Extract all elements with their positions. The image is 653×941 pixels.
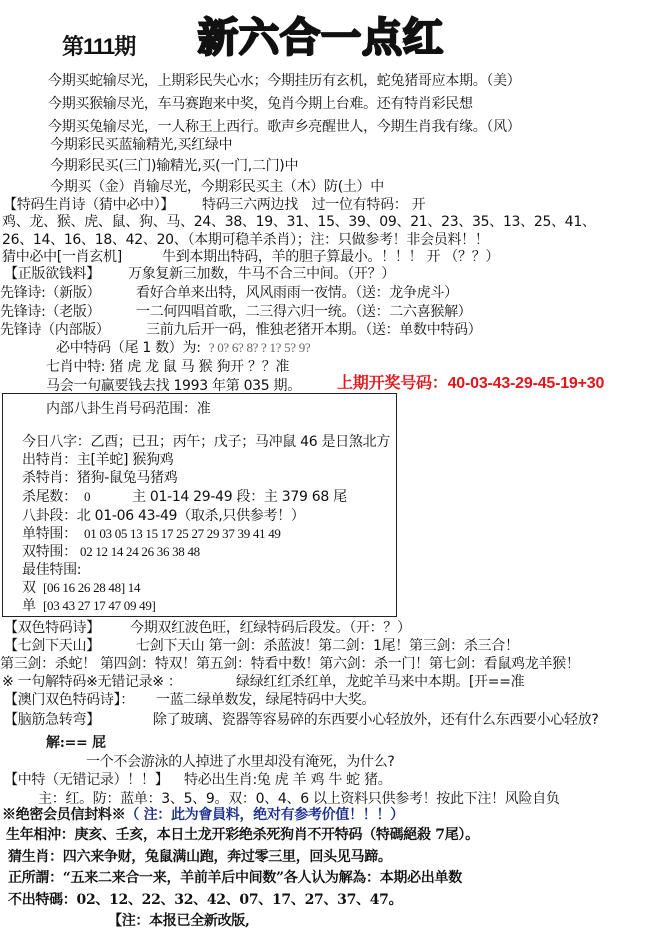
poem-line-3: 今期买兔输尽光，一人称王上西行。歌声乡亮醒世人，今期生肖我有缘。（风） (48, 118, 521, 136)
box-best-label: 最佳特围: (22, 561, 81, 579)
box-kill-tail-main: 主 01-14 29-49 段：主 379 68 尾 (132, 488, 347, 506)
year-clash-line: 生年相沖：庚亥、壬亥，本日土龙开彩绝杀死狗肖不开特码（特碼絕殺 7尾）。 (6, 826, 479, 844)
last-draw-numbers: 40-03-43-29-45-19+30 (448, 375, 605, 392)
box-bazi: 今日八字：乙酉；已丑；丙午；戊子；马冲鼠 46 是日煞北方 (22, 433, 390, 451)
riddle-label: 【脑筋急转弯】 (4, 711, 100, 729)
special-numbers-line-1: 鸡、龙、猴、虎、鼠、狗、马、24、38、19、31、15、39、09、21、23… (2, 213, 596, 231)
last-draw: 上期开奖号码：40-03-43-29-45-19+30 (337, 375, 604, 393)
poem-line-4: 今期彩民买蓝输精光,买红绿中 (50, 136, 232, 154)
box-best-odd-values: [03 43 27 17 47 09 49] (43, 597, 156, 615)
box-kill-tail-label: 杀尾数： (22, 488, 77, 506)
special-numbers-line-2: 26、14、16、18、42、20、（本期可稳羊杀肖）；注：只做参考！非会员料！… (2, 231, 489, 249)
box-kill-tail-value: 0 (84, 488, 90, 506)
riddle-text: 除了玻璃、瓷器等容易碎的东西要小心轻放外，还有什么东西要小心轻放? (153, 711, 599, 729)
poem-line-2: 今期买猴输尽光，车马赛跑来中奖，兔肖今期上台难。还有特肖彩民想 (48, 95, 473, 113)
hit-label: 【中特（无错记录）！！】 (4, 771, 168, 789)
pioneer-old-text: 一二何四唱首歌，二三得六归一统。（送：二六喜猴解） (136, 303, 472, 321)
box-title: 内部八卦生肖号码范围：准 (46, 400, 210, 418)
box-odd-label: 单特围： (22, 525, 77, 543)
issue-number: 第111期 (62, 30, 135, 61)
guess-text: 牛到本期出特码，羊的胆子算最小。！！！ 开 （？？） (162, 248, 499, 266)
box-odd-values: 01 03 05 13 15 17 25 27 29 37 39 41 49 (84, 525, 281, 543)
macau-text: 一蓝二绿单数发，绿尾特码中大奖。 (156, 691, 375, 709)
box-bagua-segment: 八卦段：北 01-06 43-49（取杀,只供参考！） (22, 507, 305, 525)
no-special-line: 不出特碼：02、12、22、32、42、07、17、27、37、47。 (8, 891, 402, 909)
pioneer-new-label: 先锋诗:（新版） (0, 284, 100, 302)
riddle-answer: 解:== 屁 (46, 734, 106, 752)
saying-line: 正所謂：“五来二来合一来，羊前羊后中间数”各人认为解為：本期必出单数 (8, 869, 462, 887)
macau-label: 【澳门双色特码诗】： (4, 691, 134, 709)
member-note: （ 注：此为會員料，绝对有参考价值！！！） (125, 807, 404, 823)
double-color-text: 今期双红波色旺，红绿特码后段发。（开：？） (130, 619, 411, 637)
money-text: 万象复新三加数，牛马不合三中间。（开？） (128, 265, 395, 283)
box-out-zodiac: 出特肖：主[羊蛇] 猴狗鸡 (22, 451, 173, 469)
member-line: ※绝密会员信封料※（ 注：此为會員料，绝对有参考价值！！！） (2, 806, 404, 824)
poem-line-5: 今期彩民买(三门)输精光,买(一门,二门)中 (50, 157, 298, 175)
special-poem-label: 【特码生肖诗（猜中必中）】 (3, 196, 174, 214)
money-label: 【正版欲钱料】 (4, 265, 100, 283)
newspaper-title: 新六合一点红 (198, 14, 444, 62)
footer-note: 【注：本报已全新改版, (108, 912, 250, 930)
double-color-label: 【双色特码诗】 (4, 619, 100, 637)
tail-label: 必中特码（尾 1 数）为: (56, 340, 201, 356)
last-draw-label: 上期开奖号码： (337, 375, 448, 392)
tail-values: ? 0? 6? 8? ? 1? 5? 9? (209, 340, 311, 355)
box-best-even-values: [06 16 26 28 48] 14 (43, 579, 140, 597)
pioneer-old-label: 先锋诗:（老版） (0, 303, 100, 321)
hit-text: 特必出生肖:兔 虎 羊 鸡 牛 蛇 猪。 (184, 771, 391, 789)
pioneer-new-text: 看好合单来出特，风风雨雨一夜情。（送：龙争虎斗） (136, 284, 458, 302)
seven-swords-line-2: 第三剑：杀蛇！ 第四剑：特双！第五剑：特看中数！第六剑：杀一门！第七剑：看鼠鸡龙… (0, 655, 580, 673)
pioneer-internal-text: 三前九后开一码，惟独老猪开本期。（送：单数中特码） (146, 321, 482, 339)
member-label: ※绝密会员信封料※ (2, 807, 125, 823)
guess-zodiac-line: 猜生肖：四六来争财，兔鼠满山跑，奔过零三里，回头见马蹄。 (8, 848, 392, 866)
poem-line-6: 今期买（金）肖输尽光，今期彩民买主（木）防(土）中 (50, 178, 384, 196)
box-best-even-label: 双 (22, 579, 36, 597)
one-sentence-text: 绿绿红红杀红单，龙蛇羊马来中本期。[开==准 (236, 673, 524, 691)
box-best-odd-label: 单 (22, 597, 36, 615)
seven-swords-text: 七剑下天山 第一剑：杀蓝波！第二剑：1尾！第三剑：杀三合！ (136, 637, 519, 655)
riddle-answer-label: 解:== (46, 735, 87, 751)
tail-digit-row: 必中特码（尾 1 数）为: ? 0? 6? 8? ? 1? 5? 9? (56, 339, 310, 357)
box-kill-zodiac: 杀特肖：猪狗-鼠兔马猪鸡 (22, 469, 177, 487)
riddle-answer-value: 屁 (92, 735, 106, 751)
poem-line-1: 今期买蛇输尽光，上期彩民失心水；今期挂历有玄机，蛇兔猪哥应本期。（美） (48, 72, 521, 90)
pioneer-internal-label: 先锋诗（内部版） (0, 321, 110, 339)
seven-swords-label: 【七剑下天山】 (4, 637, 100, 655)
special-poem-text: 特码三六两边找 过一位有特码： 开 (202, 196, 425, 214)
box-even-values: 02 12 14 24 26 36 38 48 (80, 543, 200, 561)
one-sentence-label: ※ 一句解特码※无错记录※ ： (2, 673, 182, 691)
riddle-question-2: 一个不会游泳的人掉进了水里却没有淹死，为什么? (86, 753, 395, 771)
seven-zodiac-line: 七肖中特: 猪 虎 龙 鼠 马 猴 狗开 ？？准 (46, 358, 289, 376)
box-even-label: 双特围： (22, 543, 77, 561)
guess-label: 猜中必中[一肖玄机] (2, 248, 122, 266)
